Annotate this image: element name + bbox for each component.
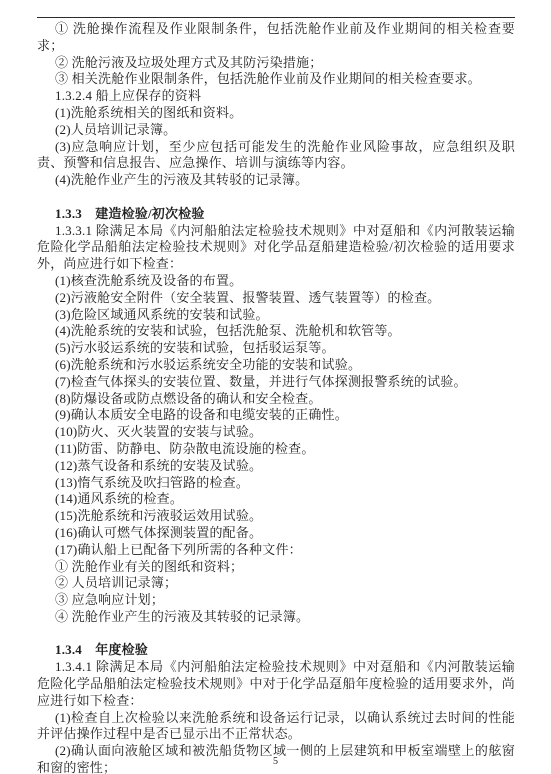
paragraph: ② 人员培训记录簿； xyxy=(37,575,515,592)
paragraph: 1.3.3.1 除满足本局《内河船舶法定检验技术规则》中对趸船和《内河散装运输危… xyxy=(37,223,515,273)
blank-line xyxy=(37,189,515,206)
paragraph: (9)确认本质安全电路的设备和电缆安装的正确性。 xyxy=(37,407,515,424)
paragraph: (5)污水驳运系统的安装和试验，包括驳运泵等。 xyxy=(37,340,515,357)
paragraph: ② 洗舱污液及垃圾处理方式及其防污染措施； xyxy=(37,55,515,72)
paragraph: (2)人员培训记录簿。 xyxy=(37,122,515,139)
paragraph: ① 洗舱操作流程及作业限制条件，包括洗舱作业前及作业期间的相关检查要求； xyxy=(37,21,515,55)
paragraph: (11)防雷、防静电、防杂散电流设施的检查。 xyxy=(37,441,515,458)
paragraph: (15)洗舱系统和污液驳运效用试验。 xyxy=(37,508,515,525)
document-body: ① 洗舱操作流程及作业限制条件，包括洗舱作业前及作业期间的相关检查要求；② 洗舱… xyxy=(37,21,515,774)
paragraph: (1)检查自上次检验以来洗舱系统和设备运行记录，以确认系统过去时间的性能并评估操… xyxy=(37,710,515,744)
paragraph: 1.3.4.1 除满足本局《内河船舶法定检验技术规则》中对趸船和《内河散装运输危… xyxy=(37,659,515,709)
paragraph: 1.3.2.4 船上应保存的资料 xyxy=(37,88,515,105)
paragraph: (1)核查洗舱系统及设备的布置。 xyxy=(37,273,515,290)
paragraph: (4)洗舱作业产生的污液及其转驳的记录簿。 xyxy=(37,172,515,189)
paragraph: (3)应急响应计划，至少应包括可能发生的洗舱作业风险事故，应急组织及职责、预警和… xyxy=(37,139,515,173)
paragraph: (14)通风系统的检查。 xyxy=(37,491,515,508)
paragraph: (12)蒸气设备和系统的安装及试验。 xyxy=(37,458,515,475)
header-rule xyxy=(37,17,515,18)
paragraph: (8)防爆设备或防点燃设备的确认和安全检查。 xyxy=(37,391,515,408)
paragraph: ④ 洗舱作业产生的污液及其转驳的记录簿。 xyxy=(37,609,515,626)
paragraph: (10)防火、灭火装置的安装与试验。 xyxy=(37,424,515,441)
paragraph: (2)污液舱安全附件（安全装置、报警装置、透气装置等）的检查。 xyxy=(37,290,515,307)
paragraph: (17)确认船上已配备下列所需的各种文件： xyxy=(37,542,515,559)
paragraph: (16)确认可燃气体探测装置的配备。 xyxy=(37,525,515,542)
document-page: ① 洗舱操作流程及作业限制条件，包括洗舱作业前及作业期间的相关检查要求；② 洗舱… xyxy=(0,0,551,774)
paragraph: (3)危险区域通风系统的安装和试验。 xyxy=(37,307,515,324)
blank-line xyxy=(37,626,515,643)
paragraph: (4)洗舱系统的安装和试验，包括洗舱泵、洗舱机和软管等。 xyxy=(37,323,515,340)
page-number: 5 xyxy=(0,756,551,767)
paragraph: (7)检查气体探头的安装位置、数量，并进行气体探测报警系统的试验。 xyxy=(37,374,515,391)
paragraph: ③ 应急响应计划； xyxy=(37,592,515,609)
paragraph: (13)惰气系统及吹扫管路的检查。 xyxy=(37,475,515,492)
paragraph: ① 洗舱作业有关的图纸和资料； xyxy=(37,559,515,576)
paragraph: ③ 相关洗舱作业限制条件，包括洗舱作业前及作业期间的相关检查要求。 xyxy=(37,71,515,88)
paragraph: (6)洗舱系统和污水驳运系统安全功能的安装和试验。 xyxy=(37,357,515,374)
section-heading: 1.3.4 年度检验 xyxy=(37,642,515,659)
paragraph: (1)洗舱系统相关的图纸和资料。 xyxy=(37,105,515,122)
section-heading: 1.3.3 建造检验/初次检验 xyxy=(37,206,515,223)
